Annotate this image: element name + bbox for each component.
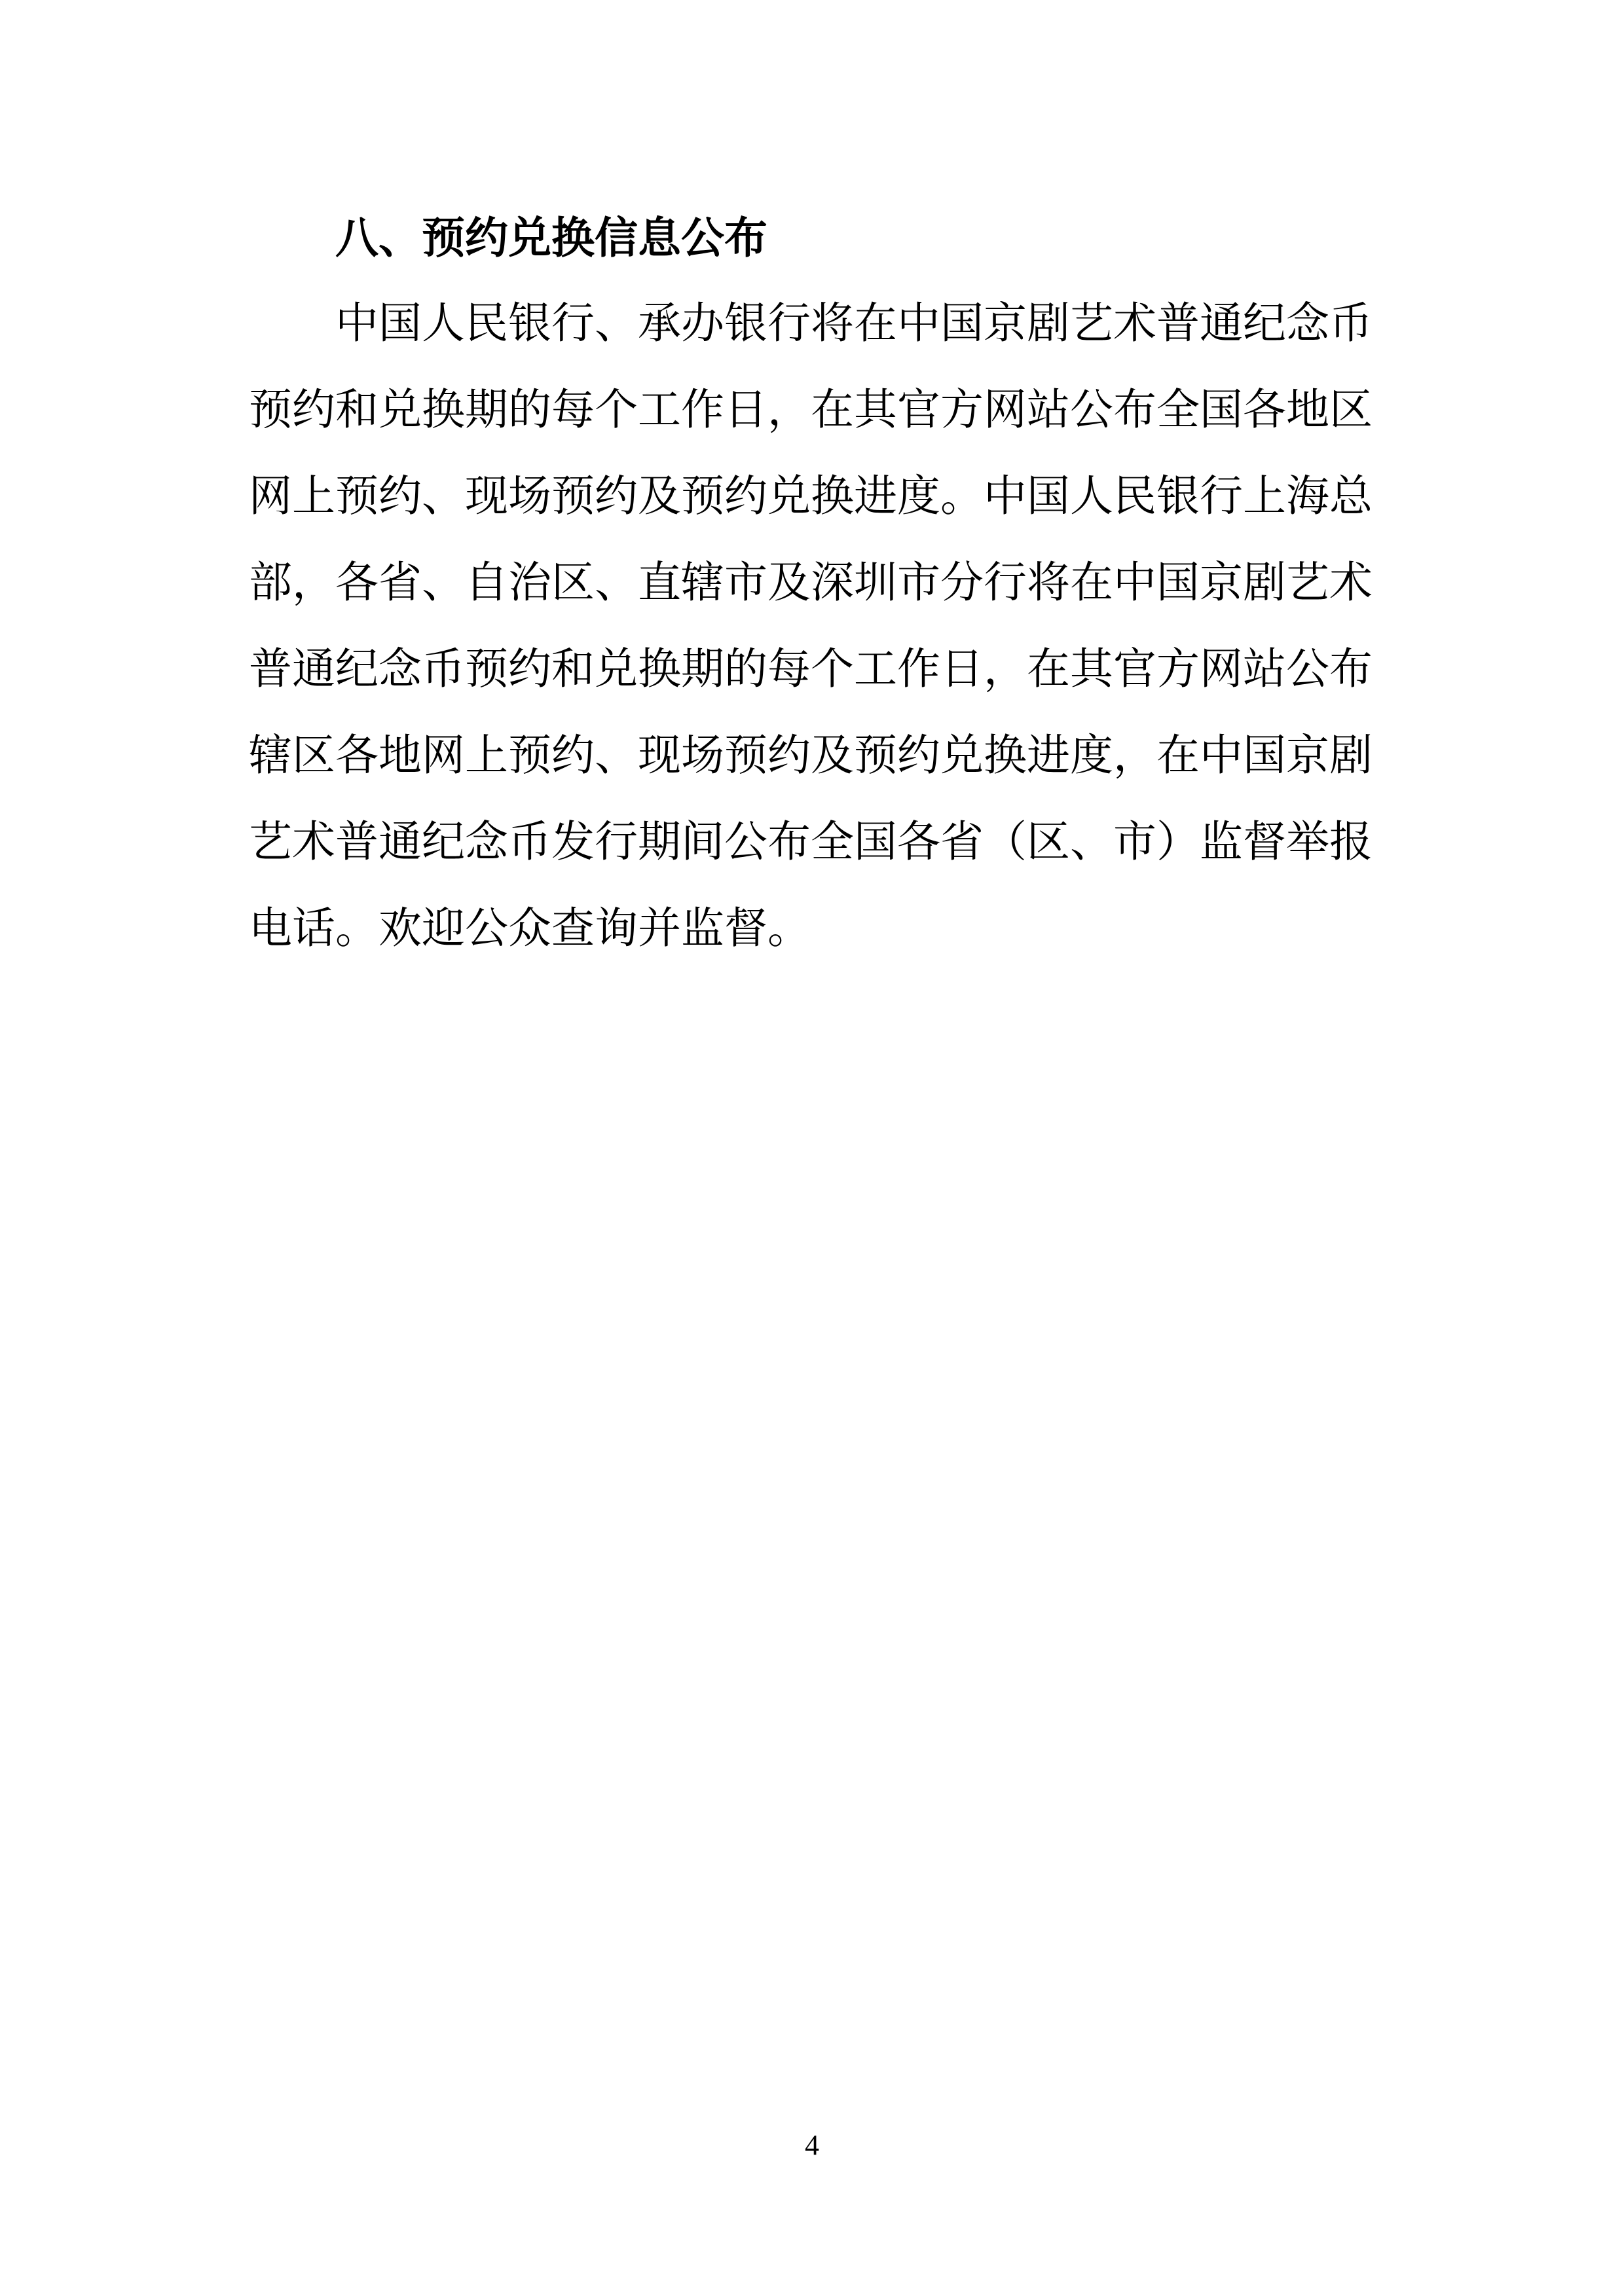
document-body: 八、预约兑换信息公布 中国人民银行、承办银行将在中国京剧艺术普通纪念币 预约和兑… [249, 194, 1373, 972]
paragraph-line: 预约和兑换期的每个工作日，在其官方网站公布全国各地区 [249, 367, 1373, 454]
page-number: 4 [0, 2129, 1624, 2162]
paragraph-line: 中国人民银行、承办银行将在中国京剧艺术普通纪念币 [249, 281, 1373, 367]
document-page: 八、预约兑换信息公布 中国人民银行、承办银行将在中国京剧艺术普通纪念币 预约和兑… [0, 0, 1624, 2296]
paragraph-line: 网上预约、现场预约及预约兑换进度。中国人民银行上海总 [249, 454, 1373, 540]
paragraph-line: 普通纪念币预约和兑换期的每个工作日，在其官方网站公布 [249, 627, 1373, 713]
body-paragraph: 中国人民银行、承办银行将在中国京剧艺术普通纪念币 预约和兑换期的每个工作日，在其… [249, 281, 1373, 972]
paragraph-line: 部，各省、自治区、直辖市及深圳市分行将在中国京剧艺术 [249, 540, 1373, 627]
paragraph-line: 电话。欢迎公众查询并监督。 [249, 886, 1373, 972]
paragraph-line: 辖区各地网上预约、现场预约及预约兑换进度，在中国京剧 [249, 713, 1373, 799]
section-heading: 八、预约兑换信息公布 [249, 194, 1373, 281]
paragraph-line: 艺术普通纪念币发行期间公布全国各省（区、市）监督举报 [249, 799, 1373, 886]
